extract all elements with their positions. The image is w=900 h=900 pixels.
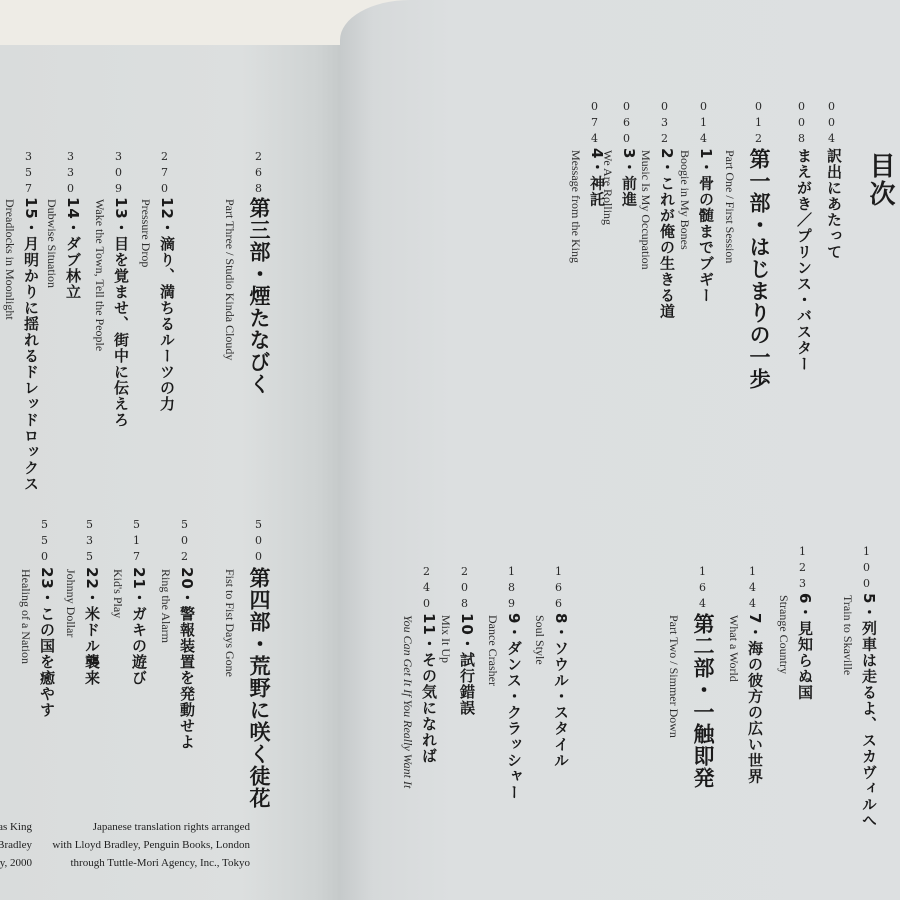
toc-english-subtitle: Music Is My Occupation [638, 150, 653, 270]
toc-page-number: 164 [696, 565, 709, 613]
toc-page-number: 535 [83, 518, 96, 566]
toc-page-number: 500 [252, 518, 265, 566]
toc-chapter-title: 5・列車は走るよ、スカヴィルへ [859, 593, 880, 828]
toc-chapter-title: 10・試行錯誤 [457, 613, 478, 716]
toc-page-number: 357 [22, 150, 35, 198]
toc-english-subtitle: Mix It Up [438, 615, 453, 663]
toc-part-title: 第四部・荒野に咲く徒花 [244, 567, 274, 809]
toc-page-number: 330 [64, 150, 77, 198]
toc-page-number: 004 [825, 100, 838, 148]
copyright-line-3: y, 2000 [0, 854, 32, 872]
toc-page-number: 032 [658, 100, 671, 148]
toc-english-subtitle: Ring the Alarm [158, 569, 173, 643]
toc-english-subtitle: Part Two / Simmer Down [666, 615, 681, 738]
toc-chapter-title: 22・米ドル襲来 [82, 567, 103, 686]
credits-line-1: Japanese translation rights arranged [40, 818, 250, 836]
toc-page-number: 166 [552, 565, 565, 613]
toc-chapter-title: まえがき／プリンス・バスター [794, 148, 815, 372]
toc-english-subtitle: Johnny Dollar [63, 569, 78, 637]
left-page [0, 45, 345, 900]
toc-chapter-title: 4・神託 [587, 148, 608, 207]
toc-page-number: 008 [795, 100, 808, 148]
toc-page-number: 502 [178, 518, 191, 566]
toc-english-subtitle: Message from the King [568, 150, 583, 263]
toc-page-number: 012 [752, 100, 765, 148]
toc-chapter-title: 7・海の彼方の広い世界 [745, 613, 766, 784]
toc-chapter-title: 8・ソウル・スタイル [551, 613, 572, 768]
toc-english-subtitle: Train to Skaville [840, 595, 855, 675]
toc-chapter-title: 21・ガキの遊び [129, 567, 150, 686]
toc-chapter-title: 12・滴り、満ちるルーツの力 [157, 197, 178, 412]
copyright-line-2: Bradley [0, 836, 32, 854]
toc-chapter-title: 11・その気になれば [419, 613, 440, 764]
toc-page-number: 268 [252, 150, 265, 198]
toc-page-number: 309 [112, 150, 125, 198]
toc-chapter-title: 9・ダンス・クラッシャー [504, 613, 525, 800]
toc-english-subtitle: Part Three / Studio Kinda Cloudy [222, 199, 237, 360]
toc-page-number: 240 [420, 565, 433, 613]
toc-page-number: 014 [697, 100, 710, 148]
toc-english-subtitle: Boogie in My Bones [677, 150, 692, 250]
toc-page-number: 123 [796, 545, 809, 593]
toc-chapter-title: 13・目を覚ませ、街中に伝えろ [111, 197, 132, 428]
toc-english-subtitle: Healing of a Nation [18, 569, 33, 664]
toc-english-subtitle: Pressure Drop [138, 199, 153, 267]
toc-chapter-title: 訳出にあたって [824, 148, 845, 260]
copyright-line-1: as King [0, 818, 32, 836]
copyright-cut-text: as King Bradley y, 2000 [0, 818, 32, 872]
toc-part-title: 第三部・煙たなびく [244, 197, 274, 395]
toc-english-subtitle: Dance Crasher [485, 615, 500, 686]
toc-english-subtitle: What a World [726, 615, 741, 682]
toc-page-number: 270 [158, 150, 171, 198]
toc-part-title: 第一部・はじまりの一歩 [744, 148, 774, 390]
toc-english-subtitle: Fist to Fist Days Gone [222, 569, 237, 677]
toc-chapter-title: 20・警報装置を発動せよ [177, 567, 198, 750]
toc-page-number: 189 [505, 565, 518, 613]
toc-english-subtitle: You Can Get It If You Really Want It [400, 615, 415, 788]
toc-chapter-title: 23・この国を癒やす [37, 567, 58, 718]
toc-chapter-title: 15・月明かりに揺れるドレッドロックス [21, 197, 42, 492]
toc-page-number: 074 [588, 100, 601, 148]
toc-page-number: 550 [38, 518, 51, 566]
toc-page-number: 208 [458, 565, 471, 613]
toc-page-number: 144 [746, 565, 759, 613]
toc-chapter-title: 3・前進 [619, 148, 640, 207]
toc-page-number: 517 [130, 518, 143, 566]
translation-credits: Japanese translation rights arranged wit… [40, 818, 250, 872]
credits-line-2: with Lloyd Bradley, Penguin Books, Londo… [40, 836, 250, 854]
toc-page-number: 060 [620, 100, 633, 148]
toc-chapter-title: 14・ダブ林立 [63, 197, 84, 300]
toc-chapter-title: 6・見知らぬ国 [795, 593, 816, 700]
toc-part-title: 第二部・一触即発 [688, 613, 718, 789]
toc-english-subtitle: Strange Country [776, 595, 791, 674]
toc-chapter-title: 1・骨の髄までブギー [696, 148, 717, 303]
credits-line-3: through Tuttle-Mori Agency, Inc., Tokyo [40, 854, 250, 872]
toc-english-subtitle: Wake the Town, Tell the People [92, 199, 107, 351]
toc-title: 目次 [862, 152, 899, 208]
toc-english-subtitle: Dreadlocks in Moonlight [2, 199, 17, 320]
toc-english-subtitle: Soul Style [532, 615, 547, 665]
toc-english-subtitle: Part One / First Session [722, 150, 737, 263]
toc-chapter-title: 2・これが俺の生きる道 [657, 148, 678, 319]
toc-english-subtitle: Kid's Play [110, 569, 125, 618]
toc-english-subtitle: Dubwise Situation [44, 199, 59, 288]
toc-page-number: 100 [860, 545, 873, 593]
